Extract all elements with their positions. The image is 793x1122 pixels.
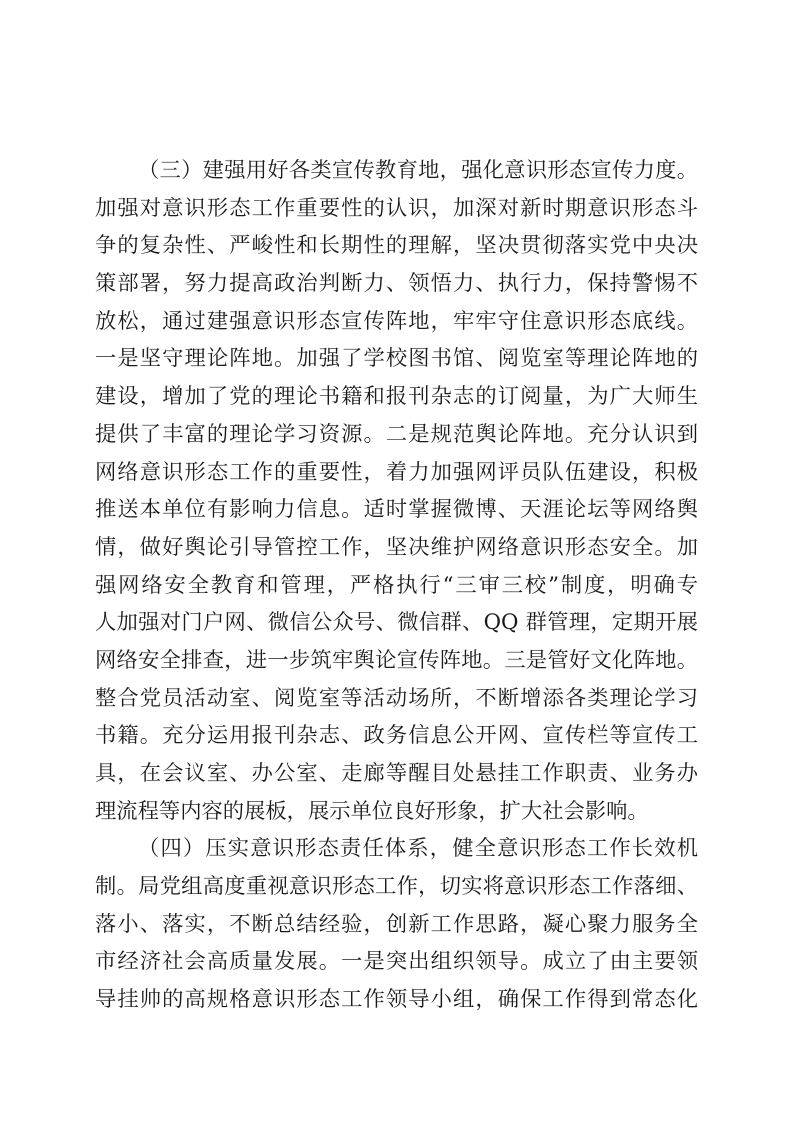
text-line: 人加强对门户网、微信公众号、微信群、QQ 群管理，定期开展 — [95, 604, 698, 642]
text-line: 情，做好舆论引导管控工作，坚决维护网络意识形态安全。加 — [95, 529, 698, 567]
document-text-body: （三）建强用好各类宣传教育地，强化意识形态宣传力度。加强对意识形态工作重要性的认… — [95, 152, 698, 1019]
text-line: 理流程等内容的展板，展示单位良好形象，扩大社会影响。 — [95, 793, 698, 831]
text-line: 一是坚守理论阵地。加强了学校图书馆、阅览室等理论阵地的 — [95, 340, 698, 378]
text-line: 市经济社会高质量发展。一是突出组织领导。成立了由主要领 — [95, 943, 698, 981]
text-line: 具，在会议室、办公室、走廊等醒目处悬挂工作职责、业务办 — [95, 755, 698, 793]
text-line: 提供了丰富的理论学习资源。二是规范舆论阵地。充分认识到 — [95, 416, 698, 454]
text-line: （四）压实意识形态责任体系，健全意识形态工作长效机 — [95, 830, 698, 868]
document-page: （三）建强用好各类宣传教育地，强化意识形态宣传力度。加强对意识形态工作重要性的认… — [0, 0, 793, 1122]
text-line: 强网络安全教育和管理，严格执行“三审三校”制度，明确专 — [95, 567, 698, 605]
text-line: 推送本单位有影响力信息。适时掌握微博、天涯论坛等网络舆 — [95, 491, 698, 529]
text-line: 建设，增加了党的理论书籍和报刊杂志的订阅量，为广大师生 — [95, 378, 698, 416]
text-line: （三）建强用好各类宣传教育地，强化意识形态宣传力度。 — [95, 152, 698, 190]
text-line: 落小、落实，不断总结经验，创新工作思路，凝心聚力服务全 — [95, 906, 698, 944]
text-line: 整合党员活动室、阅览室等活动场所，不断增添各类理论学习 — [95, 680, 698, 718]
text-line: 制。局党组高度重视意识形态工作，切实将意识形态工作落细、 — [95, 868, 698, 906]
text-line: 策部署，努力提高政治判断力、领悟力、执行力，保持警惕不 — [95, 265, 698, 303]
text-line: 加强对意识形态工作重要性的认识，加深对新时期意识形态斗 — [95, 190, 698, 228]
text-line: 网络安全排查，进一步筑牢舆论宣传阵地。三是管好文化阵地。 — [95, 642, 698, 680]
text-line: 导挂帅的高规格意识形态工作领导小组，确保工作得到常态化 — [95, 981, 698, 1019]
text-line: 放松，通过建强意识形态宣传阵地，牢牢守住意识形态底线。 — [95, 303, 698, 341]
text-line: 书籍。充分运用报刊杂志、政务信息公开网、宣传栏等宣传工 — [95, 717, 698, 755]
paragraph-section-3: （三）建强用好各类宣传教育地，强化意识形态宣传力度。加强对意识形态工作重要性的认… — [95, 152, 698, 830]
paragraph-section-4: （四）压实意识形态责任体系，健全意识形态工作长效机制。局党组高度重视意识形态工作… — [95, 830, 698, 1018]
text-line: 网络意识形态工作的重要性，着力加强网评员队伍建设，积极 — [95, 454, 698, 492]
text-line: 争的复杂性、严峻性和长期性的理解，坚决贯彻落实党中央决 — [95, 227, 698, 265]
